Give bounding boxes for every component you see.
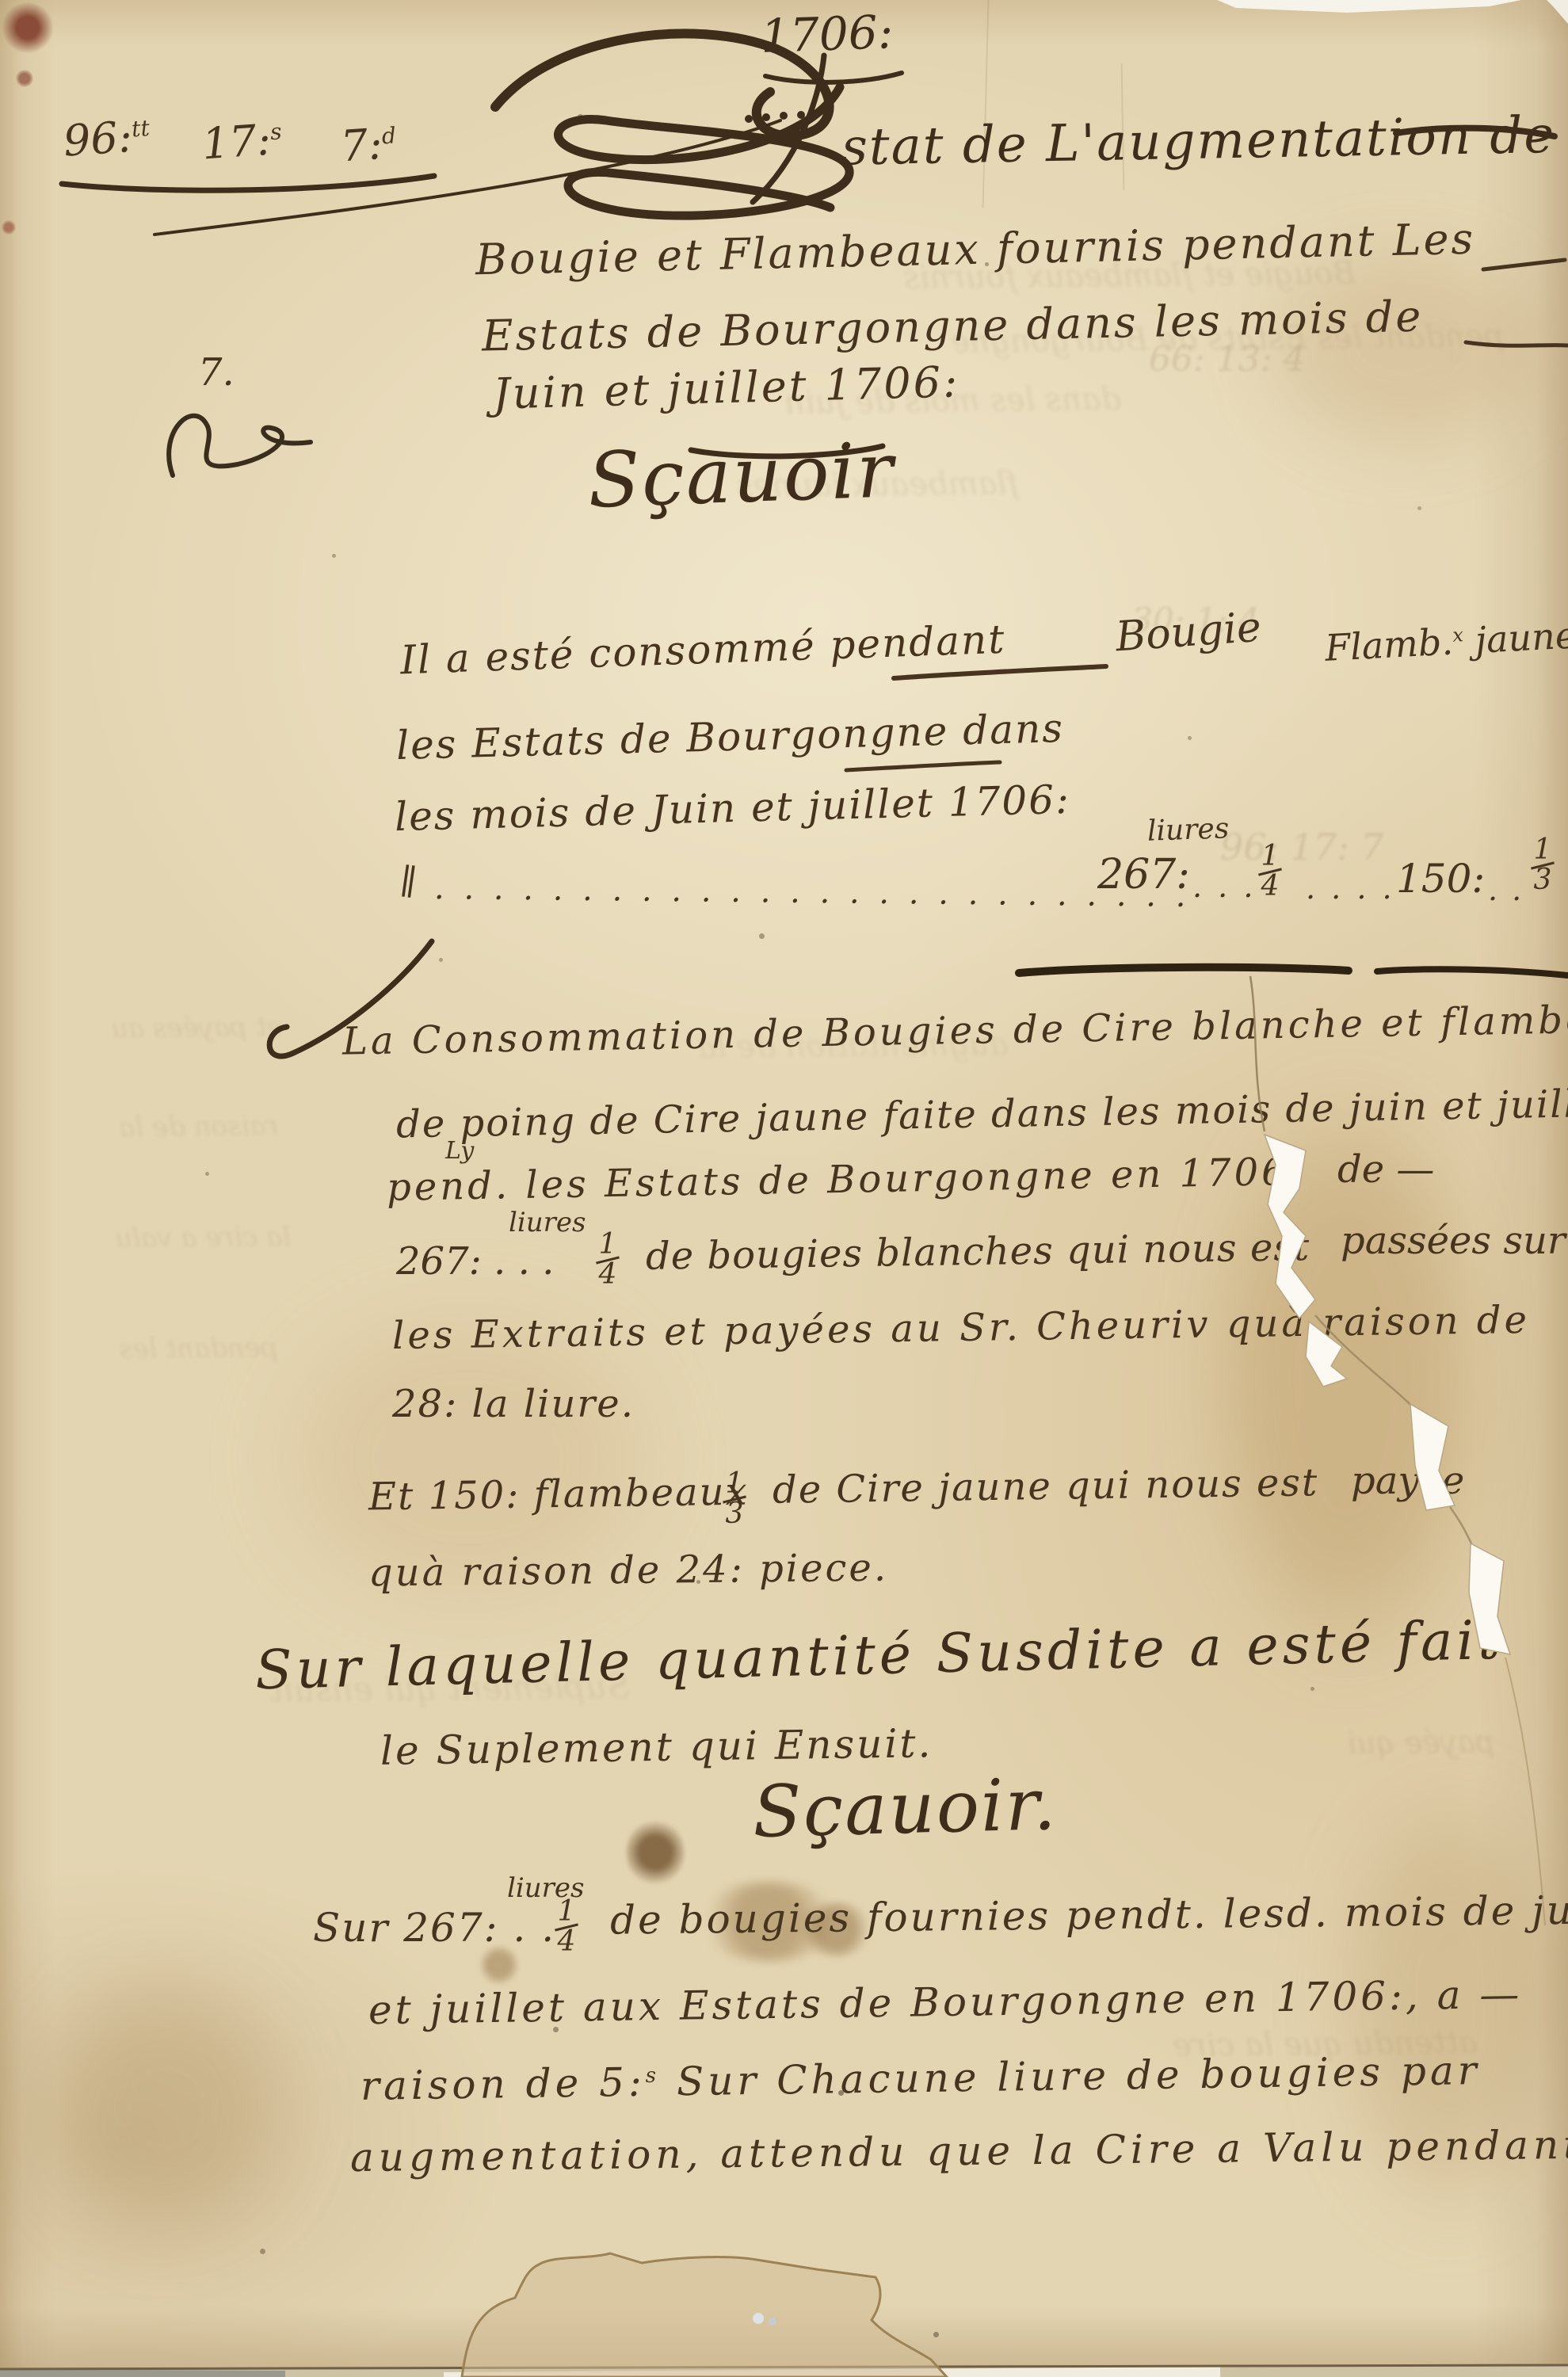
margin-total-underline — [62, 176, 434, 190]
supplement-para-line1-start: Sur 267: . . — [313, 1908, 555, 1948]
supplement-para-line1-text: de bougies fournies pendt. lesd. mois de… — [610, 1890, 1568, 1940]
row-mark: ∥ — [398, 864, 418, 901]
brown-stain — [626, 1818, 685, 1887]
deniers-sup: d — [381, 122, 397, 149]
column-header-flambeaux: Flamb.x jaunes — [1324, 616, 1568, 666]
margin-total-deniers: 7:d — [339, 122, 398, 169]
bougie-dots: . . . — [1192, 872, 1256, 902]
note-ly: Ly — [445, 1139, 474, 1163]
bleedthrough-ghost: 96: 17: 7 — [1220, 829, 1384, 865]
margin-total-sols: 17:s — [200, 118, 284, 166]
supplement-para-line3: raison de 5:s Sur Chacune liure de bougi… — [361, 2051, 1481, 2106]
ink-stain — [2, 2, 54, 54]
bougie-column-rule — [1019, 967, 1349, 973]
paper-crease — [982, 0, 990, 208]
title-line4: Juin et juillet 1706: — [492, 361, 959, 415]
bleedthrough-ghost: payée qui — [1347, 1726, 1495, 1758]
consommation-line4-end: passées sur — [1341, 1222, 1566, 1260]
title-line1: stat de L'augmentation de la — [841, 109, 1568, 173]
flambeaux-fraction: 13 — [1531, 838, 1555, 892]
manuscript-page: Bougie et flambeaux fournis pendant les … — [0, 0, 1568, 2377]
bleedthrough-ghost: pendant les — [119, 1334, 278, 1363]
consommation-line4-value: 267: . . . — [396, 1242, 554, 1280]
margin-total-livres: 96:tt — [62, 114, 151, 163]
supplement-para-line4: augmentation, attendu que la Cire a Valu… — [350, 2125, 1568, 2177]
consommation-line4-fraction: 14 — [596, 1233, 620, 1287]
consommation-line6: 28: la liure. — [392, 1385, 635, 1423]
ink-stain — [2, 220, 16, 235]
bougie-value: 267: — [1097, 854, 1190, 895]
leader-dots: . . . . . . . . . . . . . . . . . . . . … — [434, 872, 1191, 912]
ink-stain — [16, 70, 33, 87]
unit-label-livres: liures — [1146, 815, 1229, 846]
consumption-intro1: Il a esté consommé pendant — [399, 620, 1006, 681]
intro2-trailing-stroke — [846, 762, 1000, 770]
supplement-para-line2: et juillet aux Estats de Bourgongne en 1… — [368, 1974, 1523, 2030]
consommation-line5: les Extraits et payées au Sr. Cheuriv qu… — [392, 1301, 1531, 1355]
bleedthrough-ghost: la cire a valu — [115, 1223, 292, 1252]
title-line2-end-dash — [1483, 260, 1565, 269]
flambeaux-line1-end: payée — [1351, 1462, 1464, 1500]
flambeaux-dots: . . — [1488, 875, 1524, 905]
consommation-line1: La Consommation de Bougies de Cire blanc… — [342, 999, 1568, 1060]
year-underline — [765, 73, 902, 82]
mid-dots: . . . . — [1306, 873, 1395, 903]
flambeaux-value: 150: — [1396, 859, 1485, 899]
supplement-line1: Sur laquelle quantité Susdite a esté fai… — [254, 1614, 1504, 1698]
consommation-line4-unit: liures — [509, 1209, 586, 1236]
bottom-tear — [0, 2253, 1568, 2377]
supplement-para-line1-fraction: 14 — [555, 1900, 578, 1954]
consommation-line3-end: de — — [1337, 1150, 1434, 1188]
bougie-fraction: 14 — [1258, 845, 1282, 899]
brown-stain — [479, 1945, 519, 1985]
bleedthrough-ghost: 66: 13: 4 — [1149, 342, 1306, 377]
flambeaux-line2: quà raison de 24: piece. — [368, 1549, 889, 1593]
year-header: 1706: — [760, 9, 894, 59]
livres-sup: tt — [131, 115, 151, 142]
bleedthrough-ghost: raison de la — [119, 1112, 279, 1141]
column-header-bougie: Bougie — [1114, 607, 1262, 658]
top-edge-tear — [1217, 0, 1521, 13]
consommation-line4-text: de bougies blanches qui nous est — [646, 1228, 1310, 1276]
consumption-intro2: les Estats de Bourgongne dans — [395, 708, 1064, 765]
water-stain — [32, 1965, 301, 2250]
bleedthrough-ghost: et payées au — [111, 1013, 283, 1042]
margin-folio: 7. — [198, 353, 235, 391]
speck-dots — [0, 0, 2, 2]
savoir-heading: Sçauoir — [586, 432, 895, 518]
intro1-trailing-stroke — [894, 666, 1106, 678]
flambeaux-column-rule — [1377, 969, 1567, 975]
flambeaux-line1-text: de Cire jaune qui nous est — [773, 1463, 1319, 1509]
consumption-intro3: les mois de Juin et juillet 1706: — [394, 780, 1070, 837]
consommation-line3: pend. les Estats de Bourgongne en 1706 — [387, 1153, 1289, 1207]
consommation-line2: de poing de Cire jaune faite dans les mo… — [396, 1085, 1568, 1144]
savoir-heading-2: Sçauoir. — [752, 1769, 1059, 1849]
top-right-corner-tear — [1547, 0, 1568, 24]
flambeaux-line1-start: Et 150: flambeaux — [368, 1473, 749, 1517]
sols-sup: s — [269, 118, 283, 145]
flambeaux-line1-fraction: 13 — [723, 1472, 746, 1526]
paraph-flourish — [169, 416, 311, 475]
supplement-line2: le Suplement qui Ensuit. — [380, 1723, 933, 1771]
